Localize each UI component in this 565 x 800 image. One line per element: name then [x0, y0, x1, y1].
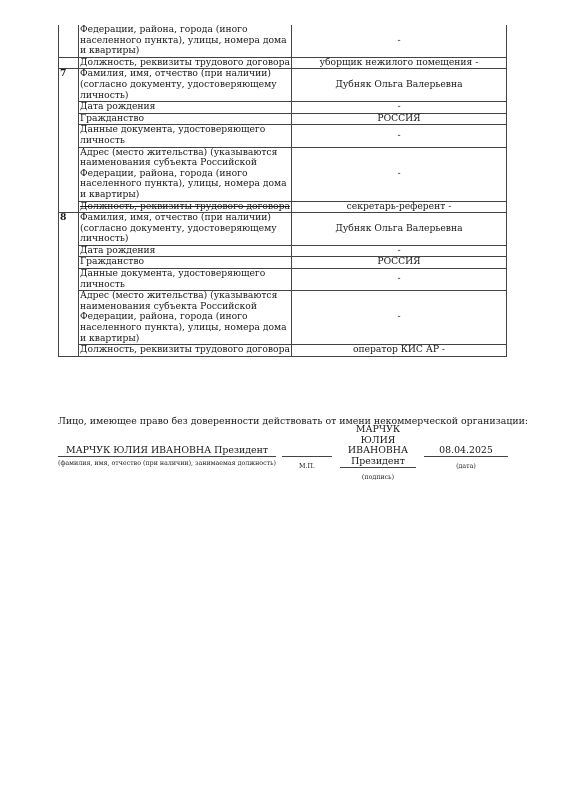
table-row: Адрес (место жительства) (указываются на… — [59, 291, 507, 345]
signature-intro: Лицо, имеющее право без доверенности дей… — [58, 416, 528, 427]
signature-caption: (подпись) — [340, 474, 416, 482]
row-number — [59, 57, 79, 69]
address-label: Адрес (место жительства) (указываются на… — [79, 291, 292, 345]
name-position-field: МАРЧУК ЮЛИЯ ИВАНОВНА Президент (фамилия,… — [58, 446, 276, 468]
address-label: Адрес (место жительства) (указываются на… — [79, 147, 292, 201]
name-position-value: МАРЧУК ЮЛИЯ ИВАНОВНА Президент — [58, 446, 276, 457]
birth-label: Дата рождения — [79, 102, 292, 114]
table-row: Должность, реквизиты трудового договора … — [59, 201, 507, 213]
table-row: Данные документа, удостоверяющего личнос… — [59, 125, 507, 147]
table-row: Данные документа, удостоверяющего личнос… — [59, 269, 507, 291]
position-label: Должность, реквизиты трудового договора — [79, 201, 292, 213]
table-row: 8 Фамилия, имя, отчество (при наличии) (… — [59, 213, 507, 246]
table-row: Гражданство РОССИЯ — [59, 257, 507, 269]
table-row: Адрес (место жительства) (указываются на… — [59, 147, 507, 201]
signature-field: МАРЧУК ЮЛИЯ ИВАНОВНА Президент (подпись) — [340, 425, 416, 482]
address-value: - — [292, 25, 507, 57]
address-value: - — [292, 291, 507, 345]
position-label: Должность, реквизиты трудового договора — [79, 57, 292, 69]
table-row: 7 Фамилия, имя, отчество (при наличии) (… — [59, 69, 507, 102]
citizenship-value: РОССИЯ — [292, 257, 507, 269]
position-value: уборщик нежилого помещения - — [292, 57, 507, 69]
citizenship-label: Гражданство — [79, 257, 292, 269]
person-number: 8 — [59, 213, 79, 357]
fio-label: Фамилия, имя, отчество (при наличии) (со… — [79, 213, 292, 246]
date-caption: (дата) — [424, 463, 508, 471]
address-value: - — [292, 147, 507, 201]
doc-value: - — [292, 125, 507, 147]
position-label: Должность, реквизиты трудового договора — [79, 345, 292, 357]
position-value: секретарь-референт - — [292, 201, 507, 213]
stamp-caption: М.П. — [282, 463, 332, 471]
table-row: Гражданство РОССИЯ — [59, 113, 507, 125]
name-position-caption: (фамилия, имя, отчество (при наличии), з… — [58, 460, 276, 468]
birth-value: - — [292, 245, 507, 257]
person-number: 7 — [59, 69, 79, 213]
citizenship-value: РОССИЯ — [292, 113, 507, 125]
birth-value: - — [292, 102, 507, 114]
table-row: Федерации, района, города (иного населен… — [59, 25, 507, 57]
fio-value: Дубняк Ольга Валерьевна — [292, 69, 507, 102]
stamp-field: М.П. — [282, 446, 332, 471]
table-row: Должность, реквизиты трудового договора … — [59, 57, 507, 69]
document-page: Федерации, района, города (иного населен… — [0, 0, 565, 800]
table-row: Дата рождения - — [59, 102, 507, 114]
table-row: Должность, реквизиты трудового договора … — [59, 345, 507, 357]
fio-value: Дубняк Ольга Валерьевна — [292, 213, 507, 246]
doc-label: Данные документа, удостоверяющего личнос… — [79, 125, 292, 147]
position-value: оператор КИС АР - — [292, 345, 507, 357]
doc-value: - — [292, 269, 507, 291]
address-label: Федерации, района, города (иного населен… — [79, 25, 292, 57]
table-row: Дата рождения - — [59, 245, 507, 257]
citizenship-label: Гражданство — [79, 113, 292, 125]
doc-label: Данные документа, удостоверяющего личнос… — [79, 269, 292, 291]
fio-label: Фамилия, имя, отчество (при наличии) (со… — [79, 69, 292, 102]
date-field: 08.04.2025 (дата) — [424, 446, 508, 471]
date-value: 08.04.2025 — [424, 446, 508, 457]
stamp-line — [282, 446, 332, 457]
signature-value: МАРЧУК ЮЛИЯ ИВАНОВНА Президент — [340, 425, 416, 468]
row-number — [59, 25, 79, 57]
employees-table: Федерации, района, города (иного населен… — [58, 25, 507, 357]
birth-label: Дата рождения — [79, 245, 292, 257]
